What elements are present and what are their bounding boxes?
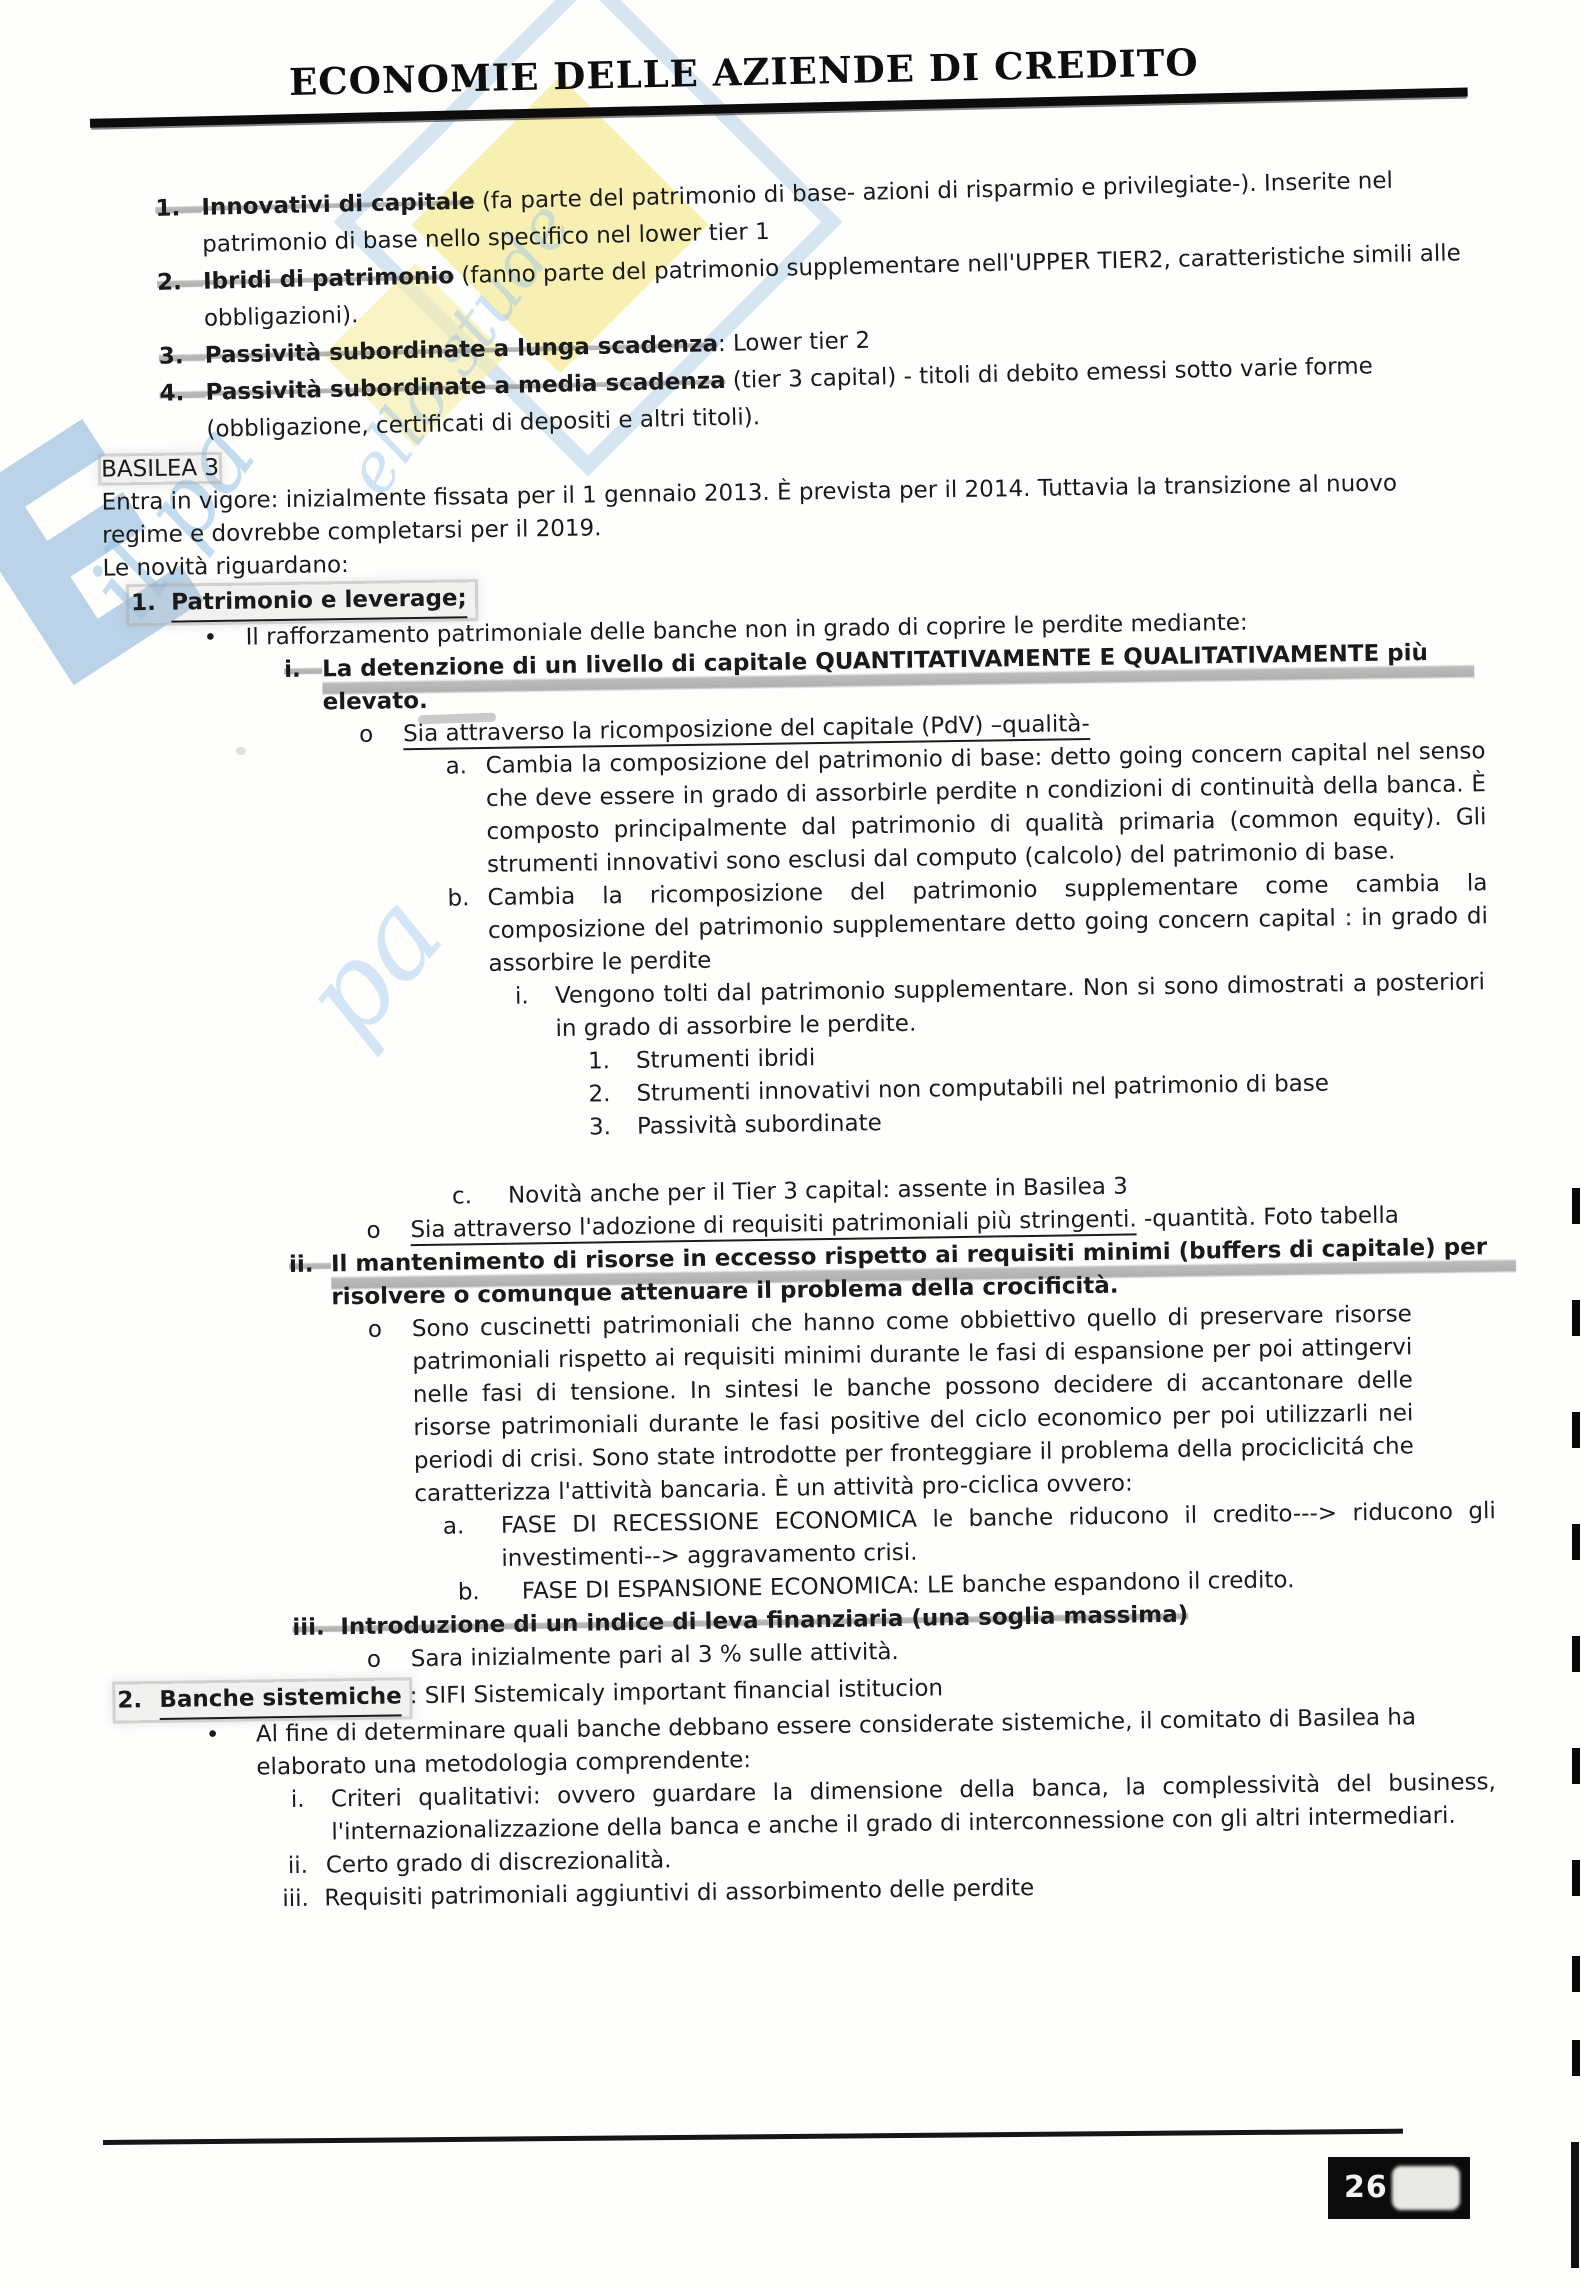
item-marker: ii.: [288, 1850, 326, 1884]
item-marker: ii.: [289, 1248, 331, 1282]
item-number: 3.: [589, 1111, 637, 1145]
heading-label: Patrimonio e leverage;: [171, 582, 467, 622]
scan-edge-mark: [1571, 2142, 1579, 2268]
capital-instruments-list: 1. Innovativi di capitale (fa parte del …: [155, 161, 1476, 450]
pencil-highlight-box: 1.Patrimonio e leverage;: [129, 582, 475, 623]
item-marker: a.: [445, 750, 485, 784]
item-marker: i.: [284, 653, 322, 687]
item-text: : Lower tier 2: [718, 328, 871, 357]
circle-marker: o: [366, 1214, 410, 1248]
pencil-highlight-box: 2.Banche sistemiche: [115, 1680, 410, 1720]
item-label: Innovativi di capitale: [201, 189, 475, 221]
item-text: Certo grado di discrezionalità.: [326, 1844, 672, 1882]
document-body: ECONOMIE DELLE AZIENDE DI CREDITO 1. Inn…: [0, 0, 1581, 1920]
item-label: Ibridi di patrimonio: [203, 263, 455, 295]
item-text: Sono cuscinetti patrimoniali che hanno c…: [412, 1298, 1415, 1511]
scan-edge-mark: [1572, 1860, 1580, 1896]
item-label: Passività subordinate a media scadenza: [205, 368, 726, 406]
item-text: Cambia la composizione del patrimonio di…: [485, 735, 1487, 882]
scan-edge-mark: [1572, 1636, 1580, 1672]
pencil-highlight-box: BASILEA 3: [101, 455, 219, 483]
page-number-box: 26: [1328, 2157, 1470, 2219]
item-text: Passività subordinate: [637, 1107, 882, 1144]
scan-edge-mark: [1572, 1188, 1580, 1224]
circle-marker: o: [359, 718, 403, 752]
item-text: Vengono tolti dal patrimonio supplementa…: [555, 966, 1486, 1046]
letter-item: b. Cambia la ricomposizione del patrimon…: [447, 866, 1577, 982]
item-number: 1.: [131, 587, 172, 624]
heading-rest: : SIFI Sistemicaly important financial i…: [410, 1672, 944, 1713]
scan-edge-mark: [1572, 1956, 1580, 1992]
item-marker: i.: [291, 1783, 331, 1817]
bullet-icon: •: [206, 1719, 256, 1753]
scan-edge-mark: [1572, 1524, 1580, 1560]
page-number: 26: [1344, 2170, 1388, 2205]
item-marker: iii.: [292, 1611, 340, 1645]
item-number: 4.: [159, 375, 206, 413]
scan-edge-mark: [1572, 2040, 1580, 2076]
item-marker: iii.: [282, 1883, 324, 1917]
item-number: 3.: [158, 338, 205, 376]
item-marker: c.: [452, 1180, 508, 1214]
item-text: -quantità. Foto tabella: [1137, 1203, 1400, 1233]
item-marker: i.: [515, 980, 555, 1014]
item-marker: a.: [443, 1510, 501, 1544]
scan-edge-mark: [1572, 1748, 1580, 1784]
circle-marker: o: [367, 1643, 411, 1677]
item-number: 2.: [588, 1078, 636, 1112]
pencil-smudge: [236, 747, 246, 755]
scan-edge-mark: [1572, 1300, 1580, 1336]
scan-edge-mark: [1572, 1412, 1580, 1448]
item-number: 1.: [155, 190, 202, 228]
item-number: 2.: [117, 1684, 160, 1721]
item-label: Passività subordinate a lunga scadenza: [204, 331, 718, 369]
item-text: Strumenti ibridi: [636, 1042, 816, 1078]
item-text: Sara inizialmente pari al 3 % sulle atti…: [411, 1636, 899, 1676]
scanned-notes-page: E il pa ello stude pa ECONOMIE DELLE AZI…: [0, 0, 1581, 2286]
item-text: Cambia la ricomposizione del patrimonio …: [487, 867, 1488, 981]
heading-label: Banche sistemiche: [159, 1680, 402, 1720]
footer-rule: [103, 2129, 1403, 2145]
circle-item: o Sono cuscinetti patrimoniali che hanno…: [368, 1296, 1581, 1512]
circle-marker: o: [368, 1313, 412, 1347]
item-marker: b.: [458, 1576, 522, 1610]
item-number: 2.: [157, 264, 204, 302]
letter-item: a. Cambia la composizione del patrimonio…: [445, 734, 1576, 883]
item-number: 1.: [588, 1045, 636, 1079]
page-number-blob: [1392, 2166, 1460, 2210]
item-marker: b.: [447, 882, 487, 916]
bullet-icon: •: [203, 622, 245, 656]
